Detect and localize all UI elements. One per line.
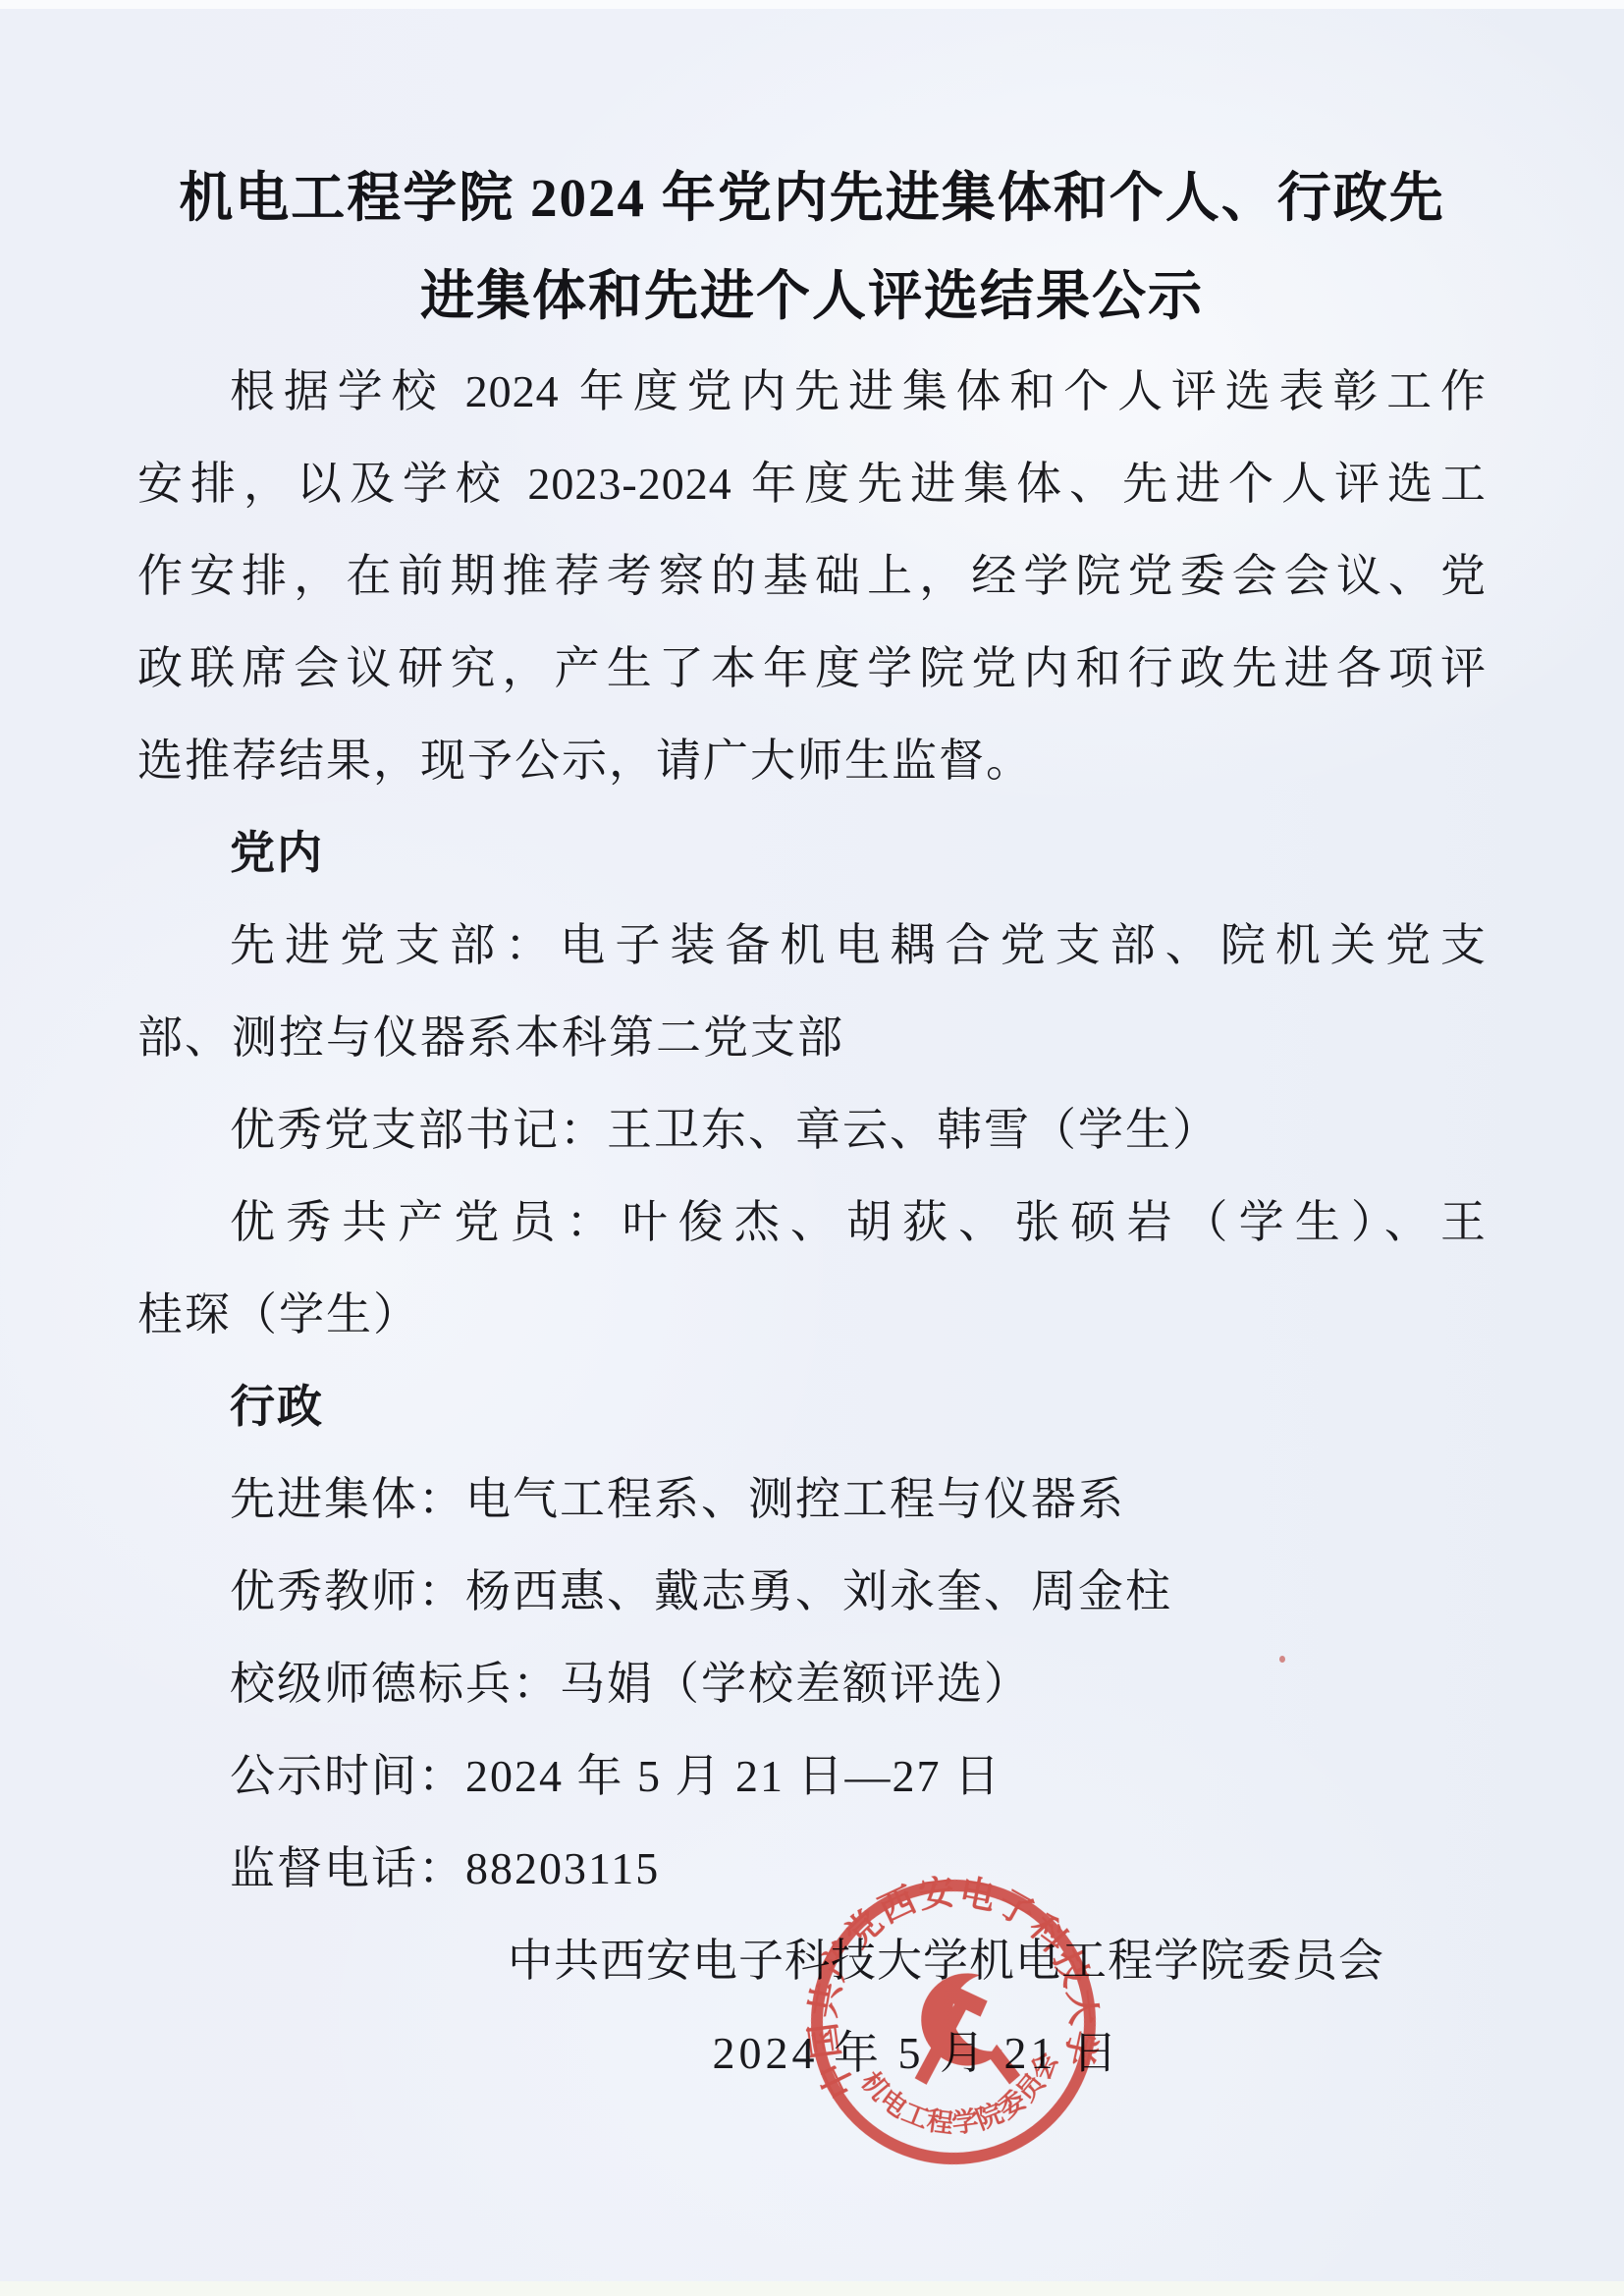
intro-line-1: 根据学校 2024 年度党内先进集体和个人评选表彰工作 <box>137 346 1487 438</box>
scan-edge-bottom <box>0 2281 1624 2296</box>
seal-graphic: 中国共产党西安电子科技大学 机电工程学院委员会 <box>789 1858 1117 2186</box>
scan-edge-top <box>0 0 1624 9</box>
intro-line-3: 作安排，在前期推荐考察的基础上，经学院党委会会议、党 <box>137 530 1487 623</box>
red-ink-speck <box>1279 1656 1285 1663</box>
publicity-period: 公示时间：2024 年 5 月 21 日—27 日 <box>137 1730 1487 1823</box>
intro-line-5: 选推荐结果，现予公示，请广大师生监督。 <box>137 715 1487 807</box>
official-seal: 中国共产党西安电子科技大学 机电工程学院委员会 <box>789 1858 1117 2186</box>
section-heading-party: 党内 <box>137 807 1487 900</box>
intro-line-2: 安排，以及学校 2023-2024 年度先进集体、先进个人评选工 <box>137 438 1487 530</box>
party-advanced-branches-line-1: 先进党支部：电子装备机电耦合党支部、院机关党支 <box>137 900 1487 992</box>
page-title-line-2: 进集体和先进个人评选结果公示 <box>137 247 1487 346</box>
admin-advanced-collectives: 先进集体：电气工程系、测控工程与仪器系 <box>137 1453 1487 1546</box>
page-title-line-1: 机电工程学院 2024 年党内先进集体和个人、行政先 <box>137 149 1487 247</box>
document-body: 机电工程学院 2024 年党内先进集体和个人、行政先 进集体和先进个人评选结果公… <box>137 149 1487 2100</box>
party-outstanding-members-line-1: 优秀共产党员：叶俊杰、胡荻、张硕岩（学生）、王 <box>137 1176 1487 1269</box>
intro-line-4: 政联席会议研究，产生了本年度学院党内和行政先进各项评 <box>137 623 1487 715</box>
section-heading-admin: 行政 <box>137 1361 1487 1453</box>
party-outstanding-members-line-2: 桂琛（学生） <box>137 1269 1487 1361</box>
party-outstanding-secretaries: 优秀党支部书记：王卫东、章云、韩雪（学生） <box>137 1084 1487 1176</box>
hammer-sickle-icon <box>903 1968 1022 2096</box>
admin-ethics-model: 校级师德标兵：马娟（学校差额评选） <box>137 1638 1487 1730</box>
party-advanced-branches-line-2: 部、测控与仪器系本科第二党支部 <box>137 992 1487 1084</box>
admin-outstanding-teachers: 优秀教师：杨西惠、戴志勇、刘永奎、周金柱 <box>137 1546 1487 1638</box>
